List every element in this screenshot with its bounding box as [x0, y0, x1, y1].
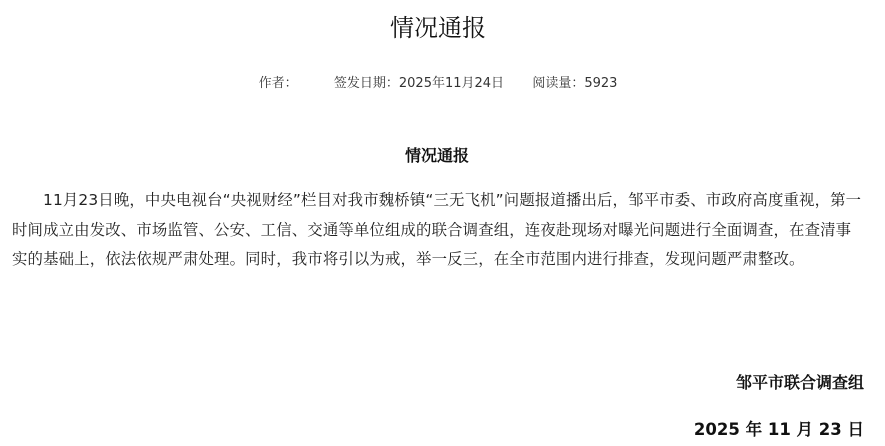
views-count: 5923 — [584, 76, 617, 91]
publish-date-value: 2025年11月24日 — [399, 76, 504, 91]
article-body-paragraph: 11月23日晚，中央电视台“央视财经”栏目对我市魏桥镇“三无飞机”问题报道播出后… — [12, 186, 864, 275]
article-meta-bar: 作者： 签发日期：2025年11月24日 阅读量：5923 — [0, 74, 876, 94]
views-meta: 阅读量：5923 — [532, 74, 617, 94]
author-label: 作者： — [259, 76, 298, 91]
publish-date-meta: 签发日期：2025年11月24日 — [334, 74, 504, 94]
page-title: 情况通报 — [0, 12, 876, 44]
signature-organization: 邹平市联合调查组 — [736, 371, 864, 395]
article-heading: 情况通报 — [0, 144, 874, 168]
author-meta: 作者： — [259, 74, 298, 94]
publish-date-label: 签发日期： — [334, 76, 399, 91]
views-label: 阅读量： — [532, 76, 584, 91]
signature-date: 2025 年 11 月 23 日 — [694, 418, 864, 442]
